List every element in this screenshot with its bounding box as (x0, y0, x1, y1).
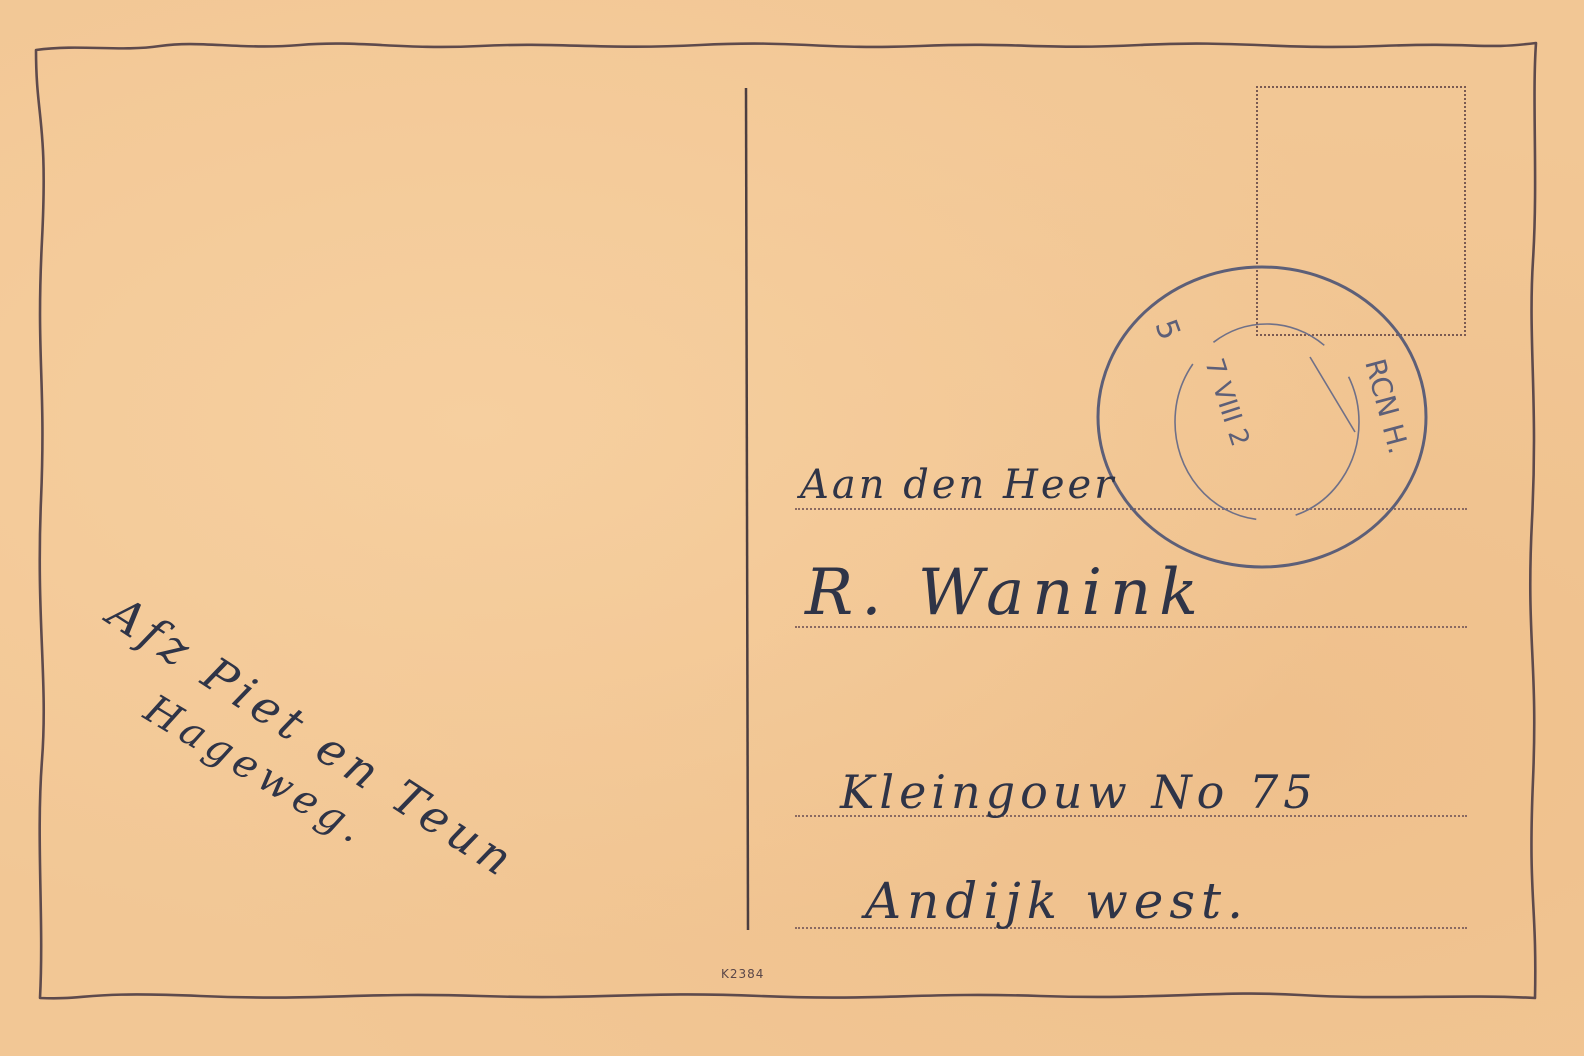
address-town: Andijk west. (865, 872, 1249, 930)
address-salutation: Aan den Heer (800, 462, 1116, 508)
postmark-place: RCN H. (1358, 355, 1415, 457)
address-street: Kleingouw No 75 (840, 765, 1318, 819)
center-divider (746, 88, 748, 930)
postcard-back: 5 7 VIII 2 RCN H. Aan den Heer R. Wanink… (0, 0, 1584, 1056)
address-recipient-name: R. Wanink (805, 556, 1206, 630)
print-code: K2384 (721, 967, 764, 981)
postmark-time: 5 (1147, 315, 1186, 345)
circular-postmark-icon: 5 7 VIII 2 RCN H. (1095, 262, 1429, 572)
postmark-date: 7 VIII 2 (1198, 355, 1254, 450)
